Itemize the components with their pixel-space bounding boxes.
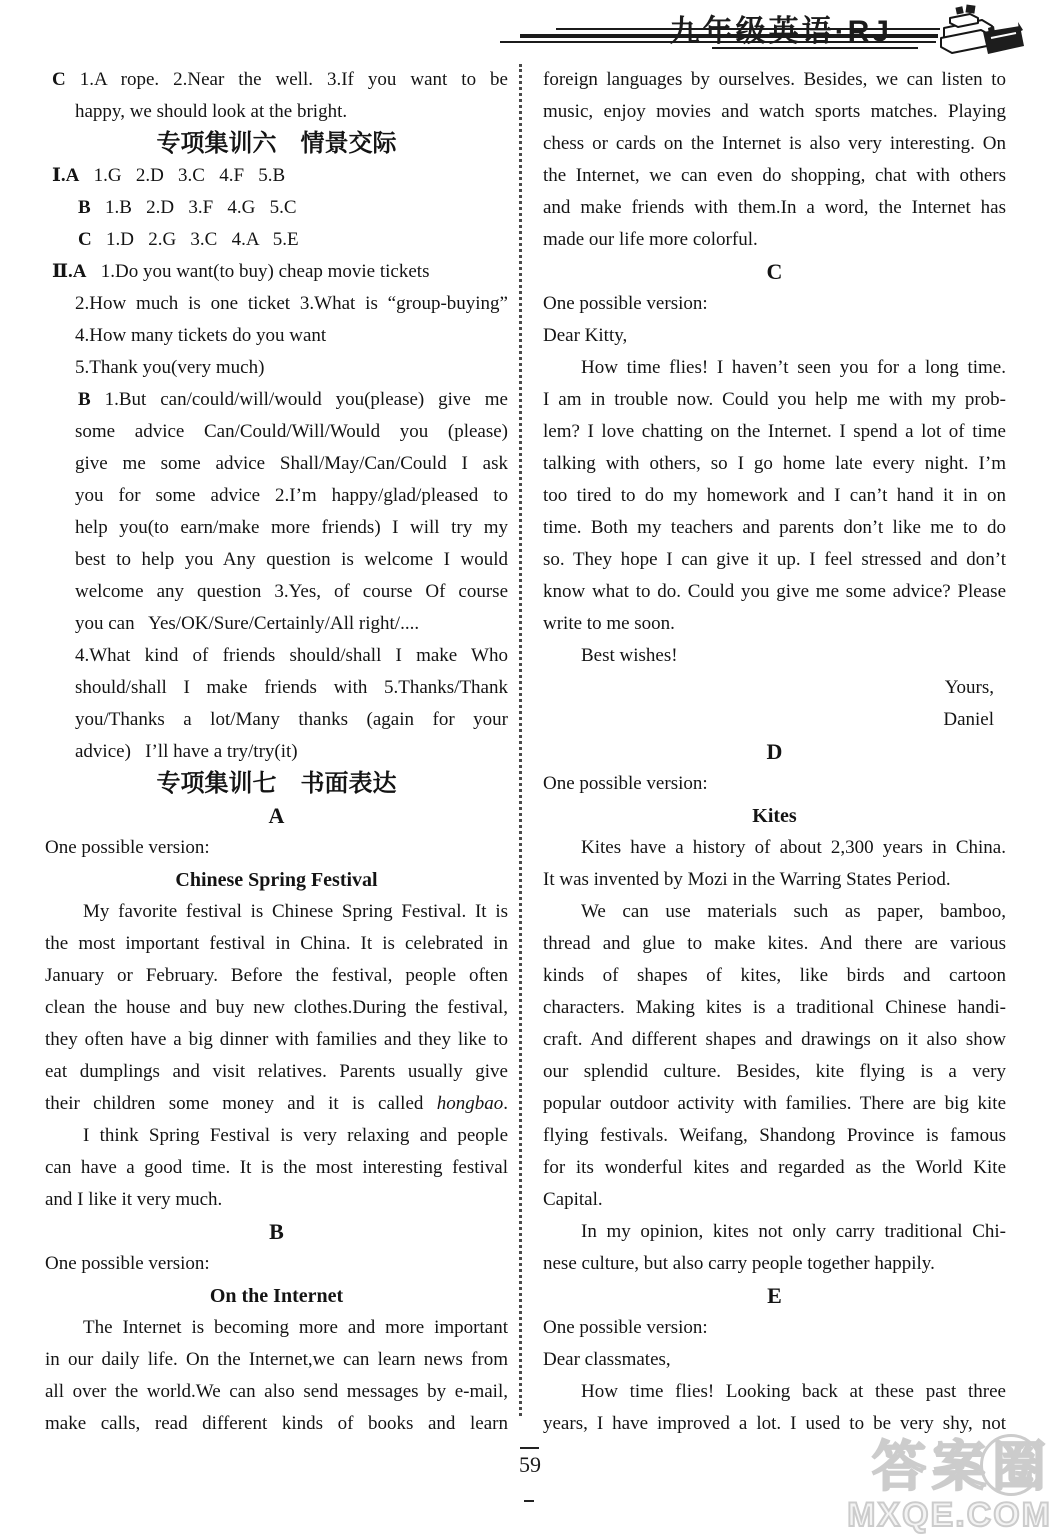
text-line: some advice Can/Could/Will/Would you (pl…	[45, 416, 508, 448]
text-line: A	[45, 800, 508, 832]
text-line: craft. And different shapes and drawings…	[543, 1024, 1006, 1056]
text-line: clean the house and buy new clothes.Duri…	[45, 992, 508, 1024]
text-line: you can Yes/OK/Sure/Certainly/All right/…	[45, 608, 508, 640]
text-line: Chinese Spring Festival	[45, 864, 508, 896]
text-line: lem? I love chatting on the Internet. I …	[543, 416, 1006, 448]
text-line: advice) I’ll have a try/try(it)	[45, 736, 508, 768]
page-number-dash	[524, 1500, 534, 1502]
text-line: C 1.D 2.G 3.C 4.A 5.E	[45, 224, 508, 256]
text-line: time. Both my teachers and parents don’t…	[543, 512, 1006, 544]
text-line: give me some advice Shall/May/Can/Could …	[45, 448, 508, 480]
text-line: know what to do. Could you give me some …	[543, 576, 1006, 608]
page-number: 59	[505, 1452, 555, 1478]
text-line: E	[543, 1280, 1006, 1312]
text-line: D	[543, 736, 1006, 768]
text-line: How time flies! I haven’t seen you for a…	[543, 352, 1006, 384]
watermark: 答案圈 MXQE.COM	[847, 1440, 1052, 1532]
text-line: and make friends with them.In a word, th…	[543, 192, 1006, 224]
text-line: for its wonderful kites and regarded as …	[543, 1152, 1006, 1184]
text-line: too tired to do my homework and I can’t …	[543, 480, 1006, 512]
text-line: the Internet, we can even do shopping, c…	[543, 160, 1006, 192]
text-line: We can use materials such as paper, bamb…	[543, 896, 1006, 928]
text-line: 2.How much is one ticket 3.What is “grou…	[45, 288, 508, 320]
text-line: I think Spring Festival is very relaxing…	[45, 1120, 508, 1152]
text-line: write to me soon.	[543, 608, 1006, 640]
text-line: eat dumplings and visit relatives. Paren…	[45, 1056, 508, 1088]
header-rule-line	[520, 34, 938, 38]
text-line: Daniel	[543, 704, 1006, 736]
text-line: best to help you Any question is welcome…	[45, 544, 508, 576]
text-line: nese culture, but also carry people toge…	[543, 1248, 1006, 1280]
text-line: Yours,	[543, 672, 1006, 704]
scanned-answer-page: 九年级英语·RJ C 1.A rope. 2.Near the well. 3.…	[0, 0, 1060, 1536]
books-stationery-icon	[928, 2, 1028, 64]
text-line: One possible version:	[543, 1312, 1006, 1344]
text-line: One possible version:	[543, 288, 1006, 320]
text-line: One possible version:	[45, 832, 508, 864]
header-rule-line	[712, 47, 918, 49]
text-line: and I like it very much.	[45, 1184, 508, 1216]
text-line: foreign languages by ourselves. Besides,…	[543, 64, 1006, 96]
text-line: flying festivals. Weifang, Shandong Prov…	[543, 1120, 1006, 1152]
text-line: The Internet is becoming more and more i…	[45, 1312, 508, 1344]
text-line: make calls, read different kinds of book…	[45, 1408, 508, 1440]
text-line: made our life more colorful.	[543, 224, 1006, 256]
text-line: C	[543, 256, 1006, 288]
text-line: in our daily life. On the Internet,we ca…	[45, 1344, 508, 1376]
text-line: 专项集训六 情景交际	[45, 128, 508, 160]
text-line: welcome any question 3.Yes, of course Of…	[45, 576, 508, 608]
text-line: On the Internet	[45, 1280, 508, 1312]
text-line: C 1.A rope. 2.Near the well. 3.If you wa…	[45, 64, 508, 96]
watermark-circle	[980, 1434, 1042, 1496]
text-line: they often have a big dinner with famili…	[45, 1024, 508, 1056]
text-line: should/shall I make friends with 5.Thank…	[45, 672, 508, 704]
watermark-site-text: MXQE.COM	[847, 1498, 1052, 1532]
text-line: January or February. Before the festival…	[45, 960, 508, 992]
text-line: chess or cards on the Internet is also v…	[543, 128, 1006, 160]
text-line: It was invented by Mozi in the Warring S…	[543, 864, 1006, 896]
text-line: music, enjoy movies and watch sports mat…	[543, 96, 1006, 128]
text-line: talking with others, so I go home late e…	[543, 448, 1006, 480]
text-line: you for some advice 2.I’m happy/glad/ple…	[45, 480, 508, 512]
text-line: Kites	[543, 800, 1006, 832]
text-line: 5.Thank you(very much)	[45, 352, 508, 384]
text-line: B	[45, 1216, 508, 1248]
text-line: One possible version:	[45, 1248, 508, 1280]
text-line: B 1.But can/could/will/would you(please)…	[45, 384, 508, 416]
text-line: thread and glue to make kites. And there…	[543, 928, 1006, 960]
text-line: Dear Kitty,	[543, 320, 1006, 352]
text-line: kinds of shapes of kites, like birds and…	[543, 960, 1006, 992]
text-line: happy, we should look at the bright.	[45, 96, 508, 128]
text-line: 4.How many tickets do you want	[45, 320, 508, 352]
text-line: My favorite festival is Chinese Spring F…	[45, 896, 508, 928]
text-line: can have a good time. It is the most int…	[45, 1152, 508, 1184]
text-line: Dear classmates,	[543, 1344, 1006, 1376]
header-rule-line	[500, 41, 936, 43]
text-line: our splendid culture. Besides, kite flyi…	[543, 1056, 1006, 1088]
right-column: foreign languages by ourselves. Besides,…	[543, 64, 1006, 1440]
text-line: How time flies! Looking back at these pa…	[543, 1376, 1006, 1408]
text-line: popular outdoor activity with families. …	[543, 1088, 1006, 1120]
text-line: 专项集训七 书面表达	[45, 768, 508, 800]
text-line: their children some money and it is call…	[45, 1088, 508, 1120]
text-line: Ⅰ.A 1.G 2.D 3.C 4.F 5.B	[45, 160, 508, 192]
header-rule-line	[556, 28, 940, 30]
text-line: B 1.B 2.D 3.F 4.G 5.C	[45, 192, 508, 224]
text-line: the most important festival in China. It…	[45, 928, 508, 960]
left-column: C 1.A rope. 2.Near the well. 3.If you wa…	[45, 64, 508, 1440]
text-line: Best wishes!	[543, 640, 1006, 672]
text-line: you/Thanks a lot/Many thanks (again for …	[45, 704, 508, 736]
text-line: Ⅱ.A 1.Do you want(to buy) cheap movie ti…	[45, 256, 508, 288]
text-line: 4.What kind of friends should/shall I ma…	[45, 640, 508, 672]
text-line: Capital.	[543, 1184, 1006, 1216]
text-line: years, I have improved a lot. I used to …	[543, 1408, 1006, 1440]
text-line: help you(to earn/make more friends) I wi…	[45, 512, 508, 544]
text-line: Kites have a history of about 2,300 year…	[543, 832, 1006, 864]
text-line: characters. Making kites is a traditiona…	[543, 992, 1006, 1024]
text-line: so. They hope I can give it up. I feel s…	[543, 544, 1006, 576]
text-line: I am in trouble now. Could you help me w…	[543, 384, 1006, 416]
text-line: In my opinion, kites not only carry trad…	[543, 1216, 1006, 1248]
text-line: One possible version:	[543, 768, 1006, 800]
page-number-dash	[520, 1447, 539, 1449]
column-divider	[519, 64, 522, 1416]
text-line: all over the world.We can also send mess…	[45, 1376, 508, 1408]
